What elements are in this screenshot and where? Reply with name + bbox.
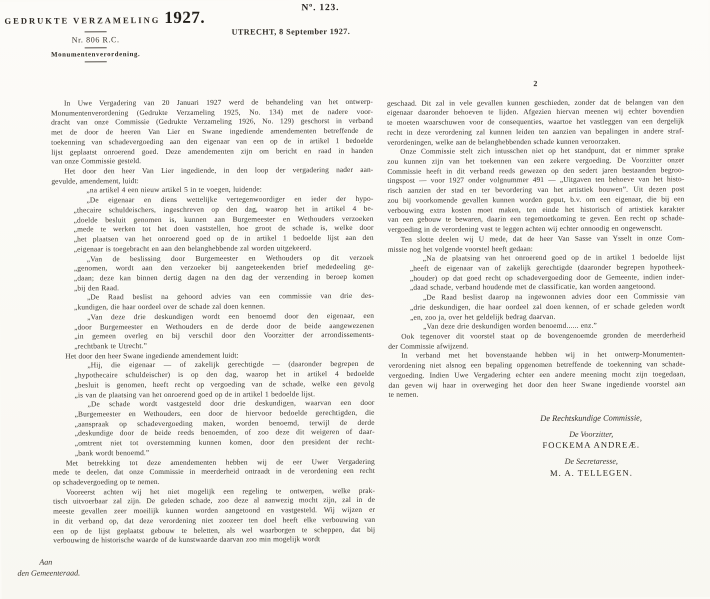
place-date: UTRECHT, 8 September 1927. [232, 27, 351, 37]
text-line: „drie deskundigen, die haar oordeel zal … [410, 301, 685, 312]
divider-rule [85, 61, 107, 62]
text-line: te nemen. [388, 389, 685, 400]
paragraph: „De schade wordt vastgesteld door drie d… [53, 398, 375, 458]
paragraph: Onze Commissie stelt zich intusschen nie… [387, 146, 684, 235]
text-line: „het plaatsen van het onroerend goed op … [74, 233, 374, 244]
text-line: Ten slotte deelen wij U mede, dat de hee… [388, 233, 685, 244]
paragraph: „De Raad beslist na gehoord advies van e… [52, 291, 374, 312]
paragraph: „Van de beslissing door Burgemeester en … [52, 252, 374, 293]
signature-block: De Rechtskundige Commissie, De Voorzitte… [499, 413, 684, 479]
divider-rule [85, 31, 107, 32]
divider-rule [85, 47, 107, 48]
addressee-line: den Gemeenteraad. [17, 568, 80, 579]
right-column: 2 geschaad. Dit zal in vele gevallen kun… [387, 78, 686, 479]
subject-line: Monumentenverordening. [5, 51, 187, 59]
paragraph: Het door den heer Van Lier ingediende, i… [51, 165, 373, 186]
collection-number: Nr. 806 R.C. [5, 35, 187, 45]
paragraph: Vooreerst achten wij het niet mogelijk e… [53, 486, 375, 546]
text-line: Ook tegenover dit voorstel staat op de b… [388, 330, 685, 341]
masthead: GEDRUKTE VERZAMELING 1927. Nr. 806 R.C. … [4, 8, 186, 66]
signature-secretary-title: De Secretaresse, [499, 456, 684, 467]
paragraph: „Hij, die eigenaar — of zakelijk gerecht… [52, 359, 374, 400]
paragraph: Met betrekking tot deze amendementen heb… [53, 456, 375, 487]
signature-committee: De Rechtskundige Commissie, [499, 413, 684, 424]
series-title-line: GEDRUKTE VERZAMELING 1927. [4, 8, 186, 29]
left-column: In Uwe Vergadering van 20 Januari 1927 w… [51, 97, 375, 546]
addressee-footer: Aan den Gemeenteraad. [17, 557, 80, 578]
paragraph: „Van deze drie deskundigen wordt een ben… [52, 311, 374, 352]
text-line: Het door den heer Van Lier ingediende, i… [51, 165, 373, 176]
text-line: dan geven wij haar in overweging het doo… [388, 379, 685, 390]
paragraph: „Na de plaatsing van het onroerend goed … [388, 252, 685, 292]
issue-number: Nº. 123. [301, 3, 339, 13]
paragraph: Ook tegenover dit voorstel staat op de b… [388, 330, 685, 351]
document-sheet: GEDRUKTE VERZAMELING 1927. Nr. 806 R.C. … [0, 0, 710, 599]
text-line: mede te deelen, dat onze Commissie in me… [53, 466, 375, 477]
text-line: „daan; deze kan binnen dertig dagen na d… [74, 272, 374, 283]
text-line: „in gemeen overleg en bij verschil door … [74, 330, 374, 341]
paragraph: Ten slotte deelen wij U mede, dat de hee… [388, 233, 685, 254]
series-year: 1927. [164, 8, 205, 27]
signature-secretary-name: M. A. TELLEGEN. [499, 468, 684, 479]
series-title: GEDRUKTE VERZAMELING [5, 15, 161, 26]
right-column-text: geschaad. Dit zal in vele gevallen kunne… [387, 97, 686, 400]
text-line: „besluit is genomen, heeft recht op verg… [74, 379, 374, 390]
signature-chair-title: De Voorzitter, [499, 429, 684, 440]
page-number: 2 [387, 78, 684, 89]
paragraph: geschaad. Dit zal in vele gevallen kunne… [387, 97, 684, 147]
text-line: „omtrent niet tot overstemming kunnen ko… [75, 437, 375, 448]
paragraph: „De eigenaar en diens wettelijke vertege… [51, 194, 373, 254]
addressee-line: Aan [39, 557, 80, 568]
paragraph: „De Raad beslist daarop na ingewonnen ad… [388, 291, 685, 322]
paragraph: In Uwe Vergadering van 20 Januari 1927 w… [51, 97, 373, 167]
text-line: recht in deze verordening zal kunnen lei… [387, 126, 684, 137]
text-line: verbouwing de historische waarde of de k… [53, 534, 375, 545]
signature-chair-name: FOCKEMA ANDREÆ. [499, 441, 684, 452]
paragraph: In verband met het bovenstaande hebben w… [388, 350, 685, 400]
